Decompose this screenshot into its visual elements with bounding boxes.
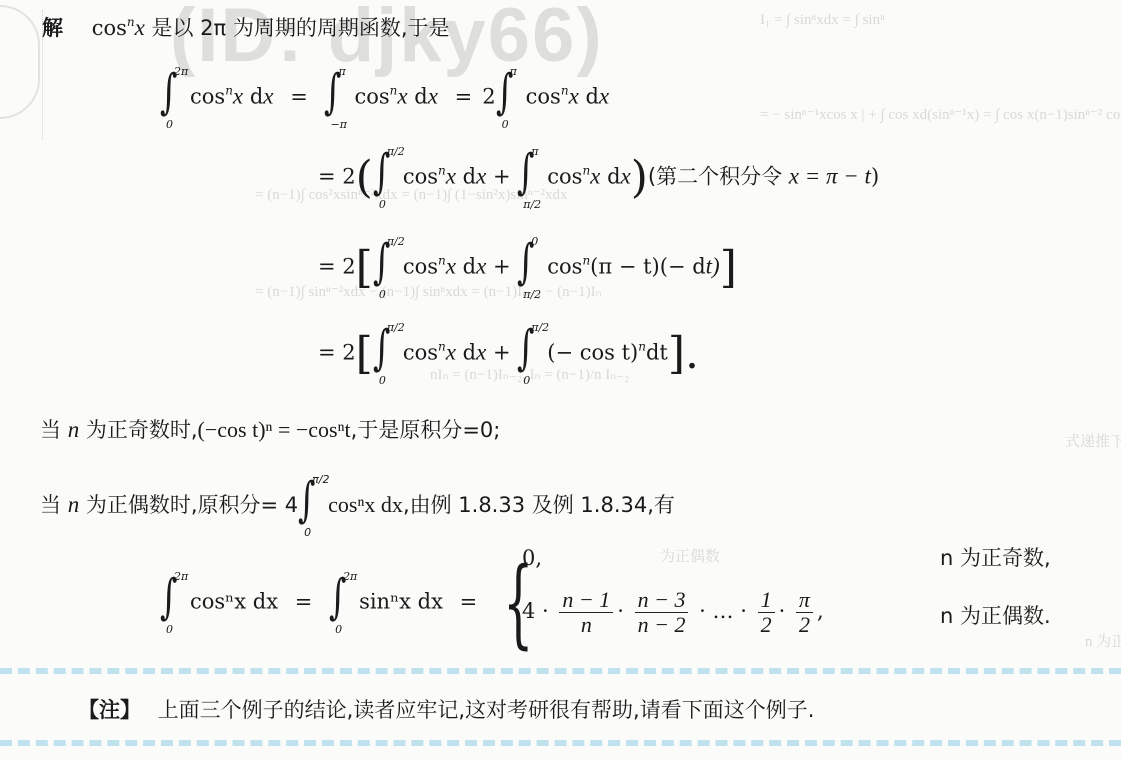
note-text: 【注】 上面三个例子的结论,读者应牢记,这对考研很有帮助,请看下面这个例子. [78, 694, 814, 724]
solution-label: 解 [42, 16, 63, 40]
intro-var: x [135, 15, 145, 40]
even-case-text: 当 n 为正偶数时,原积分= 4∫π/20cosⁿx dx,由例 1.8.33 … [40, 478, 675, 534]
integral-sign: ∫2π0 [329, 575, 355, 631]
integral-sign: ∫2π0 [160, 575, 186, 631]
integral-sign: ∫π/20 [373, 326, 399, 382]
bleed-through-text: 式递推下去有 [1065, 430, 1121, 451]
case-odd-condition: n 为正奇数, [940, 548, 1051, 569]
bleed-through-text: n 为正奇数 [1085, 630, 1121, 651]
intro-func: cos [92, 16, 127, 40]
fraction: 12 [758, 588, 775, 637]
integral-sign: ∫π0 [496, 70, 522, 126]
integral-sign: ∫2π0 [160, 70, 186, 126]
fraction: π2 [796, 588, 813, 637]
integral-sign: ∫π/20 [373, 150, 399, 206]
solution-intro: 解 cosnx 是以 2π 为周期的周期函数,于是 [42, 16, 450, 39]
fraction: n − 1n [559, 588, 613, 637]
integral-sign: ∫π/20 [517, 326, 543, 382]
case-even-condition: n 为正偶数. [940, 606, 1051, 627]
case-odd-value: 0, [522, 548, 542, 569]
note-body: 上面三个例子的结论,读者应牢记,这对考研很有帮助,请看下面这个例子. [158, 698, 815, 722]
note-label: 【注】 [78, 698, 141, 722]
fraction: n − 3n − 2 [635, 588, 689, 637]
bleed-through-text: = − sinⁿ⁻¹xcos x | + ∫ cos xd(sinⁿ⁻¹x) =… [760, 105, 1121, 124]
equation-line-1: ∫2π0cosnx dx = ∫π−πcosnx dx =2∫π0cosnx d… [160, 70, 609, 126]
equation-line-3: = 2[∫π/20cosnx dx + ∫0π/2cosn(π − t)(− d… [318, 240, 737, 296]
case-even-value: 4 · n − 1n· n − 3n − 2 · … · 12· π2, [522, 588, 824, 637]
equation-line-2: = 2(∫π/20cosnx dx + ∫ππ/2cosnx dx)(第二个积分… [318, 150, 879, 206]
intro-text: 是以 2π 为周期的周期函数,于是 [145, 16, 450, 40]
integral-sign: ∫ππ/2 [517, 150, 543, 206]
bleed-through-text: 为正偶数 [660, 545, 720, 566]
integral-sign: ∫π/20 [373, 240, 399, 296]
result-lhs: ∫2π0cosⁿx dx = ∫2π0sinⁿx dx = [160, 575, 487, 631]
bleed-through-text: I₁ = ∫ sinⁿxdx = ∫ sinⁿ [760, 12, 885, 29]
integral-sign: ∫π/20 [298, 478, 324, 534]
odd-case-text: 当 n 为正奇数时,(−cos t)ⁿ = −cosⁿt,于是原积分=0; [40, 418, 500, 441]
integral-sign: ∫0π/2 [517, 240, 543, 296]
integral-sign: ∫π−π [324, 70, 350, 126]
margin-stamp [0, 5, 40, 119]
equation-line-4: = 2[∫π/20cosnx dx + ∫π/20(− cos t)ndt]. [318, 326, 699, 382]
